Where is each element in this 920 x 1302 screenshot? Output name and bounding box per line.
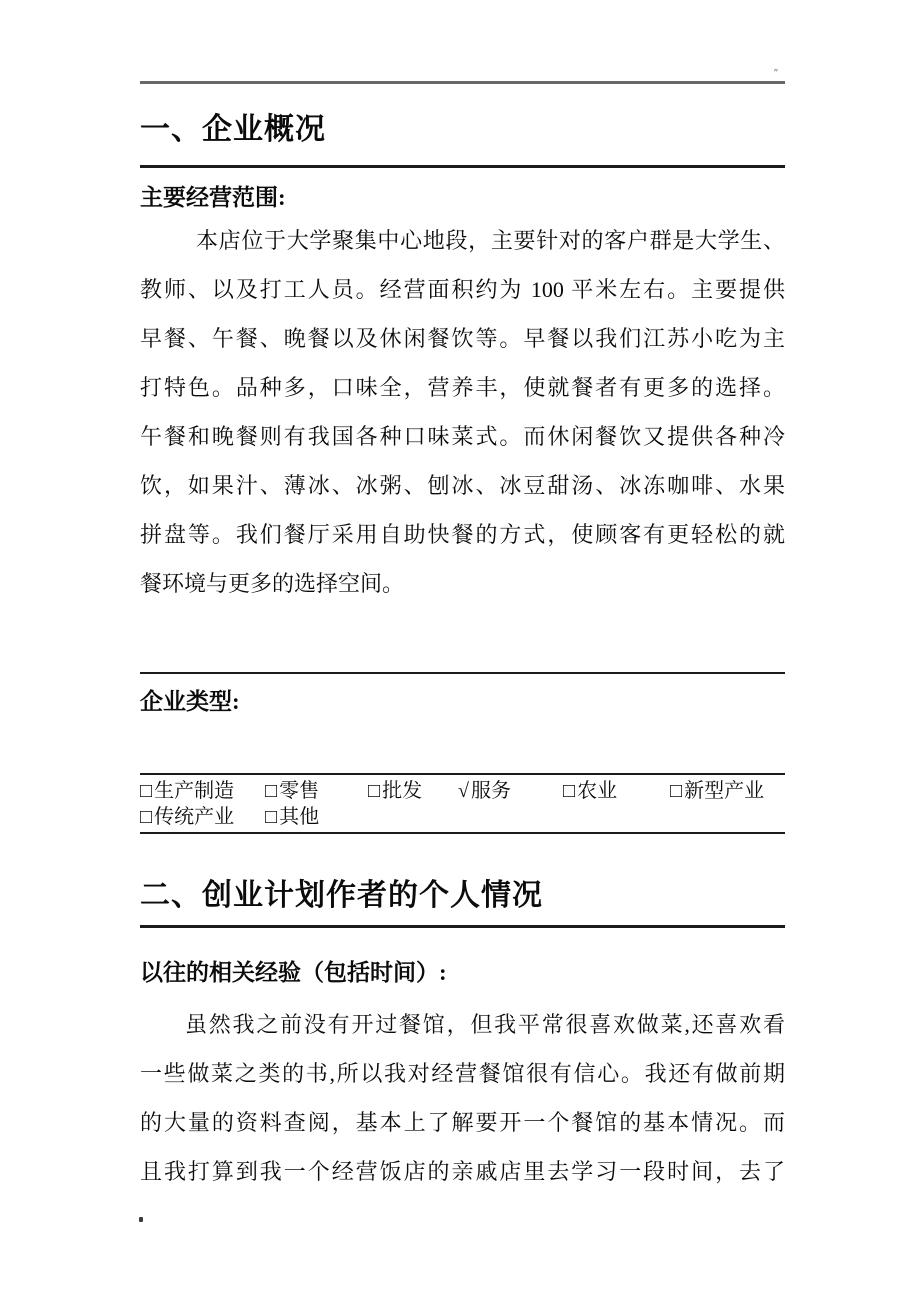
paragraph-line: 虽然我之前没有开过餐馆，但我平常很喜欢做菜,还喜欢看 <box>140 1000 785 1049</box>
option-label: 零售 <box>279 780 319 802</box>
section2-title-underline <box>140 925 785 928</box>
checkbox-icon: □ <box>140 804 152 830</box>
checkmark-icon: √ <box>458 778 469 804</box>
section1-title: 一、企业概况 <box>140 110 785 150</box>
option-label: 生产制造 <box>154 780 234 802</box>
section1-paragraph: 本店位于大学聚集中心地段，主要针对的客户群是大学生、 教师、以及打工人员。经营面… <box>140 216 785 608</box>
paragraph-line: 早餐、午餐、晚餐以及休闲餐饮等。早餐以我们江苏小吃为主 <box>140 314 785 363</box>
option-other: □其他 <box>265 804 785 830</box>
option-label: 服务 <box>471 780 511 802</box>
document-page: ʺ 一、企业概况 主要经营范围: 本店位于大学聚集中心地段，主要针对的客户群是大… <box>0 0 920 1302</box>
paragraph-line: 拼盘等。我们餐厅采用自助快餐的方式，使顾客有更轻松的就 <box>140 510 785 559</box>
section1-title-underline <box>140 165 785 168</box>
paragraph-line: 且我打算到我一个经营饭店的亲戚店里去学习一段时间，去了 <box>140 1147 785 1196</box>
paragraph-line: 教师、以及打工人员。经营面积约为 100 平米左右。主要提供 <box>140 265 785 314</box>
paragraph-line: 本店位于大学聚集中心地段，主要针对的客户群是大学生、 <box>140 216 785 265</box>
option-manufacturing: □生产制造 <box>140 778 265 804</box>
paragraph-line: 的大量的资料查阅，基本上了解要开一个餐馆的基本情况。而 <box>140 1098 785 1147</box>
option-new-industry: □新型产业 <box>670 778 785 804</box>
option-label: 传统产业 <box>154 806 234 828</box>
checkbox-icon: □ <box>265 804 277 830</box>
paragraph-line: 一些做菜之类的书,所以我对经营餐馆很有信心。我还有做前期 <box>140 1049 785 1098</box>
option-agriculture: □农业 <box>563 778 670 804</box>
checkbox-icon: □ <box>140 778 152 804</box>
options-row-1: □生产制造 □零售 □批发 √服务 □农业 □新型产业 <box>140 778 785 804</box>
option-label: 农业 <box>577 780 617 802</box>
ink-mark-top-right: ʺ <box>774 69 778 79</box>
section2-subtitle: 以往的相关经验（包括时间）: <box>140 958 785 988</box>
option-label: 新型产业 <box>684 780 764 802</box>
enterprise-type-label: 企业类型: <box>140 687 785 717</box>
enterprise-type-top-rule <box>140 672 785 674</box>
option-label: 批发 <box>382 780 422 802</box>
enterprise-type-options-table: □生产制造 □零售 □批发 √服务 □农业 □新型产业 □传统产业 □其他 <box>140 773 785 834</box>
paragraph-line: 餐环境与更多的选择空间。 <box>140 559 785 608</box>
checkbox-icon: □ <box>265 778 277 804</box>
paragraph-line: 午餐和晚餐则有我国各种口味菜式。而休闲餐饮又提供各种冷 <box>140 412 785 461</box>
section1-subtitle: 主要经营范围: <box>140 183 785 213</box>
paragraph-line: 饮，如果汁、薄冰、冰粥、刨冰、冰豆甜汤、冰冻咖啡、水果 <box>140 461 785 510</box>
section2-paragraph: 虽然我之前没有开过餐馆，但我平常很喜欢做菜,还喜欢看 一些做菜之类的书,所以我对… <box>140 1000 785 1196</box>
paragraph-line: 打特色。品种多，口味全，营养丰，使就餐者有更多的选择。 <box>140 363 785 412</box>
checkbox-icon: □ <box>563 778 575 804</box>
options-row-2: □传统产业 □其他 <box>140 804 785 830</box>
checkbox-icon: □ <box>368 778 380 804</box>
checkbox-icon: □ <box>670 778 682 804</box>
option-retail: □零售 <box>265 778 368 804</box>
ink-speck-bottom-left <box>139 1217 143 1222</box>
option-traditional-industry: □传统产业 <box>140 804 265 830</box>
page-top-rule <box>140 81 785 84</box>
option-wholesale: □批发 <box>368 778 458 804</box>
section2-title: 二、创业计划作者的个人情况 <box>140 876 785 916</box>
option-label: 其他 <box>279 806 319 828</box>
option-service-checked: √服务 <box>458 778 563 804</box>
